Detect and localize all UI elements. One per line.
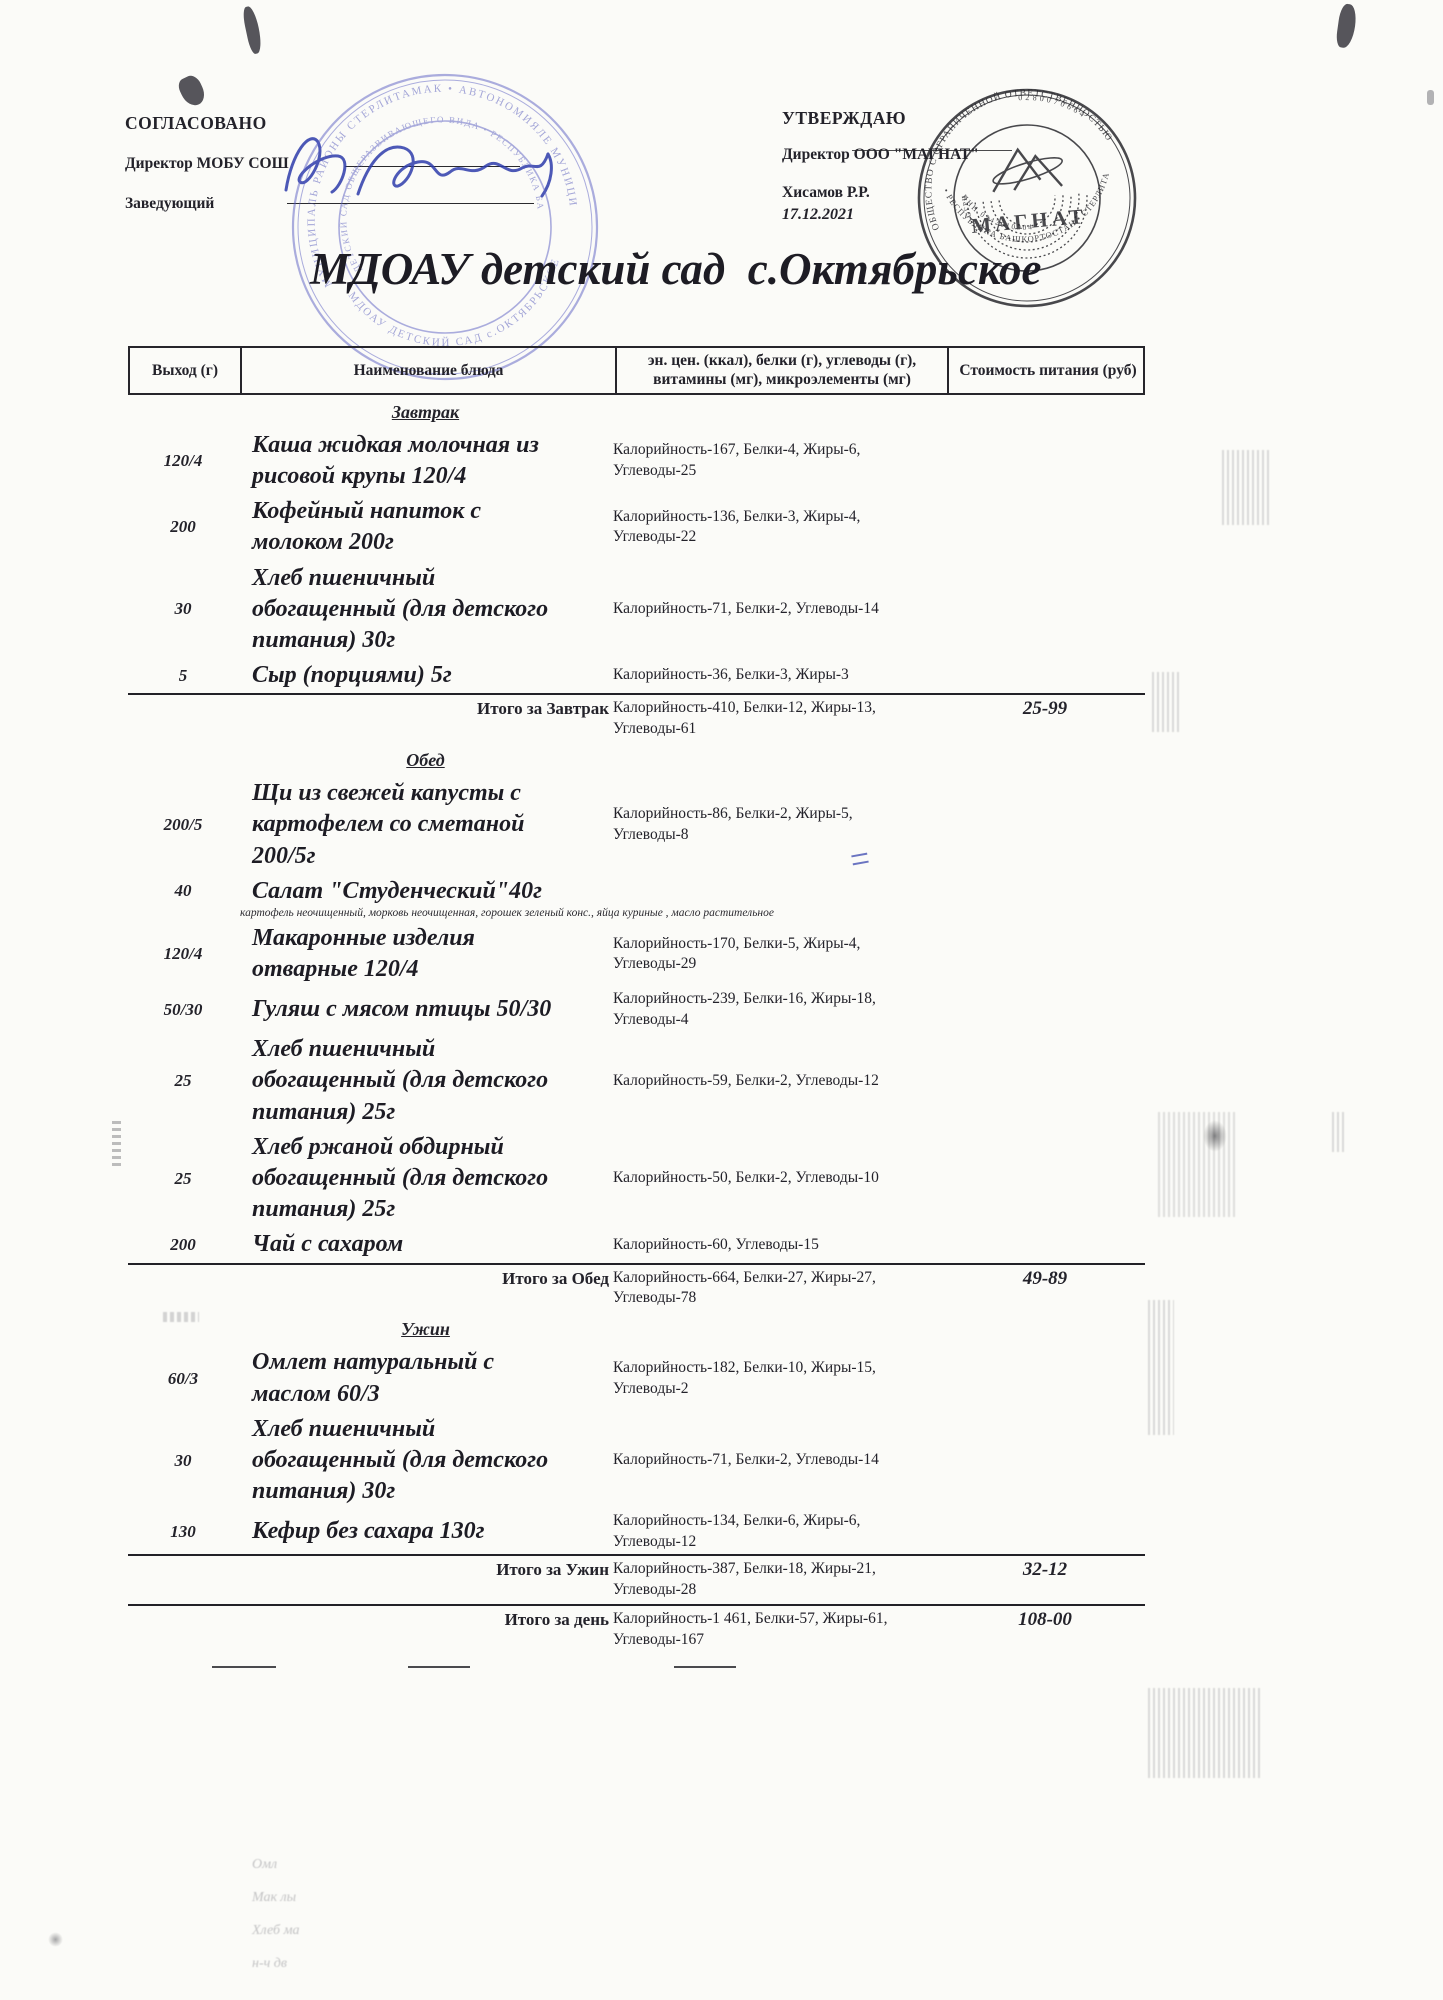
total-label: Итого за Завтрак (128, 698, 613, 719)
nutrition-cell: Калорийность-36, Белки-3, Жиры-3 (613, 665, 945, 685)
dish-cell: Чай с сахаром (238, 1229, 613, 1260)
dish-cell: Щи из свежей капусты с картофелем со сме… (238, 778, 613, 872)
dish-cell: Салат "Студенческий"40г (238, 876, 613, 907)
portion-cell: 25 (128, 1169, 238, 1189)
total-price: 108-00 (945, 1609, 1145, 1631)
scan-mark (112, 1118, 121, 1166)
table-row: 130 Кефир без сахара 130г Калорийность-1… (128, 1509, 1145, 1554)
nutrition-cell: Калорийность-182, Белки-10, Жиры-15, Угл… (613, 1358, 945, 1399)
section-title: Завтрак (238, 402, 613, 423)
section-lunch: Обед (128, 743, 1145, 776)
total-nutrition: Калорийность-410, Белки-12, Жиры-13, Угл… (613, 698, 945, 739)
nutrition-cell: Калорийность-60, Углеводы-15 (613, 1235, 945, 1255)
ghost-line: Хлеб ма (252, 1914, 300, 1947)
portion-cell: 120/4 (128, 451, 238, 471)
portion-cell: 40 (128, 881, 238, 901)
table-row: 5 Сыр (порциями) 5г Калорийность-36, Бел… (128, 658, 1145, 693)
magnat-stamp-name: МАГНАТ (970, 204, 1088, 238)
breakfast-total-row: Итого за Завтрак Калорийность-410, Белки… (128, 693, 1145, 743)
dish-cell: Сыр (порциями) 5г (238, 660, 613, 691)
total-price: 49-89 (945, 1268, 1145, 1290)
total-nutrition: Калорийность-387, Белки-18, Жиры-21, Угл… (613, 1559, 945, 1600)
table-row: 25 Хлеб пшеничный обогащенный (для детск… (128, 1032, 1145, 1130)
portion-cell: 25 (128, 1071, 238, 1091)
table-header-row: Выход (г) Наименование блюда эн. цен. (к… (128, 346, 1145, 395)
total-price: 32-12 (945, 1559, 1145, 1581)
scanned-menu-page: СОГЛАСОВАНО Директор МОБУ СОШ Заведующий… (0, 0, 1443, 2000)
total-label: Итого за день (128, 1609, 613, 1630)
nutrition-cell: Калорийность-136, Белки-3, Жиры-4, Углев… (613, 507, 945, 548)
table-row: 200 Кофейный напиток с молоком 200г Кало… (128, 494, 1145, 560)
ink-blob (1335, 3, 1358, 49)
nutrition-cell: Калорийность-50, Белки-2, Углеводы-10 (613, 1168, 945, 1188)
table-row: 200/5 Щи из свежей капусты с картофелем … (128, 776, 1145, 874)
menu-table: Выход (г) Наименование блюда эн. цен. (к… (128, 346, 1145, 1654)
scan-streak (1222, 450, 1270, 525)
section-dinner: Ужин (128, 1312, 1145, 1345)
dish-cell: Каша жидкая молочная из рисовой крупы 12… (238, 430, 613, 492)
nutrition-cell: Калорийность-170, Белки-5, Жиры-4, Углев… (613, 934, 945, 975)
scan-mark (1427, 90, 1434, 105)
dish-cell: Макаронные изделия отварные 120/4 (238, 923, 613, 985)
ink-blob (176, 73, 209, 109)
ingredient-note-row: картофель неочищенный, морковь неочищенн… (128, 907, 1145, 921)
dish-cell: Хлеб пшеничный обогащенный (для детского… (238, 1034, 613, 1128)
dish-cell: Кефир без сахара 130г (238, 1516, 613, 1547)
table-row: 25 Хлеб ржаной обдирный обогащенный (для… (128, 1130, 1145, 1228)
scan-smudge (1203, 1120, 1227, 1152)
portion-cell: 130 (128, 1522, 238, 1542)
nutrition-cell: Калорийность-59, Белки-2, Углеводы-12 (613, 1071, 945, 1091)
portion-cell: 200/5 (128, 815, 238, 835)
nutrition-cell: Калорийность-86, Белки-2, Жиры-5, Углево… (613, 804, 945, 845)
nutrition-cell: Калорийность-71, Белки-2, Углеводы-14 (613, 599, 945, 619)
ingredient-note: картофель неочищенный, морковь неочищенн… (238, 907, 945, 919)
portion-cell: 60/3 (128, 1369, 238, 1389)
table-row: 30 Хлеб пшеничный обогащенный (для детск… (128, 561, 1145, 659)
nutrition-cell: Калорийность-71, Белки-2, Углеводы-14 (613, 1450, 945, 1470)
table-row: 50/30 Гуляш с мясом птицы 50/30 Калорийн… (128, 987, 1145, 1032)
ghost-bleed-text: Омл Мак лы Хлеб ма н-ч дв (252, 1848, 300, 1980)
portion-cell: 5 (128, 666, 238, 686)
section-title: Обед (238, 750, 613, 771)
portion-cell: 200 (128, 1235, 238, 1255)
dish-cell: Хлеб пшеничный обогащенный (для детского… (238, 1414, 613, 1508)
table-row: 200 Чай с сахаром Калорийность-60, Углев… (128, 1227, 1145, 1262)
portion-cell: 30 (128, 599, 238, 619)
header-portion: Выход (г) (130, 348, 240, 393)
nutrition-cell: Калорийность-167, Белки-4, Жиры-6, Углев… (613, 440, 945, 481)
scan-streak (1332, 1112, 1346, 1152)
table-row: 60/3 Омлет натуральный с маслом 60/3 Кал… (128, 1345, 1145, 1411)
ink-blob (241, 5, 264, 55)
dish-cell: Хлеб ржаной обдирный обогащенный (для де… (238, 1132, 613, 1226)
ghost-line: н-ч дв (252, 1947, 300, 1980)
ghost-line: Мак лы (252, 1881, 300, 1914)
total-nutrition: Калорийность-1 461, Белки-57, Жиры-61, У… (613, 1609, 945, 1650)
header-dish: Наименование блюда (240, 348, 615, 393)
scan-streak (1152, 672, 1182, 732)
blank-line (212, 1666, 276, 1668)
dinner-total-row: Итого за Ужин Калорийность-387, Белки-18… (128, 1554, 1145, 1604)
scan-streak (1148, 1300, 1174, 1435)
blank-line (674, 1666, 736, 1668)
table-row: 120/4 Макаронные изделия отварные 120/4 … (128, 921, 1145, 987)
dish-cell: Хлеб пшеничный обогащенный (для детского… (238, 563, 613, 657)
total-nutrition: Калорийность-664, Белки-27, Жиры-27, Угл… (613, 1268, 945, 1309)
portion-cell: 120/4 (128, 944, 238, 964)
dish-cell: Кофейный напиток с молоком 200г (238, 496, 613, 558)
nutrition-cell: Калорийность-239, Белки-16, Жиры-18, Угл… (613, 989, 945, 1030)
header-nutrition: эн. цен. (ккал), белки (г), углеводы (г)… (615, 348, 947, 393)
blank-line (408, 1666, 470, 1668)
table-row: 120/4 Каша жидкая молочная из рисовой кр… (128, 428, 1145, 494)
ghost-mark (163, 1312, 199, 1322)
section-breakfast: Завтрак (128, 395, 1145, 428)
page-title: МДОАУ детский сад с.Октябрьское (310, 243, 1042, 295)
table-row: 30 Хлеб пшеничный обогащенный (для детск… (128, 1412, 1145, 1510)
total-label: Итого за Ужин (128, 1559, 613, 1580)
scan-streak (1148, 1688, 1263, 1778)
dish-cell: Гуляш с мясом птицы 50/30 (238, 994, 613, 1025)
ghost-line: Омл (252, 1848, 300, 1881)
section-title: Ужин (238, 1319, 613, 1340)
total-label: Итого за Обед (128, 1268, 613, 1289)
total-price: 25-99 (945, 698, 1145, 720)
day-total-row: Итого за день Калорийность-1 461, Белки-… (128, 1604, 1145, 1654)
portion-cell: 50/30 (128, 1000, 238, 1020)
header-price: Стоимость питания (руб) (947, 348, 1147, 393)
lunch-total-row: Итого за Обед Калорийность-664, Белки-27… (128, 1263, 1145, 1313)
portion-cell: 30 (128, 1451, 238, 1471)
scan-mark (48, 1932, 63, 1947)
portion-cell: 200 (128, 517, 238, 537)
dish-cell: Омлет натуральный с маслом 60/3 (238, 1347, 613, 1409)
table-row: 40 Салат "Студенческий"40г (128, 874, 1145, 907)
nutrition-cell: Калорийность-134, Белки-6, Жиры-6, Углев… (613, 1511, 945, 1552)
